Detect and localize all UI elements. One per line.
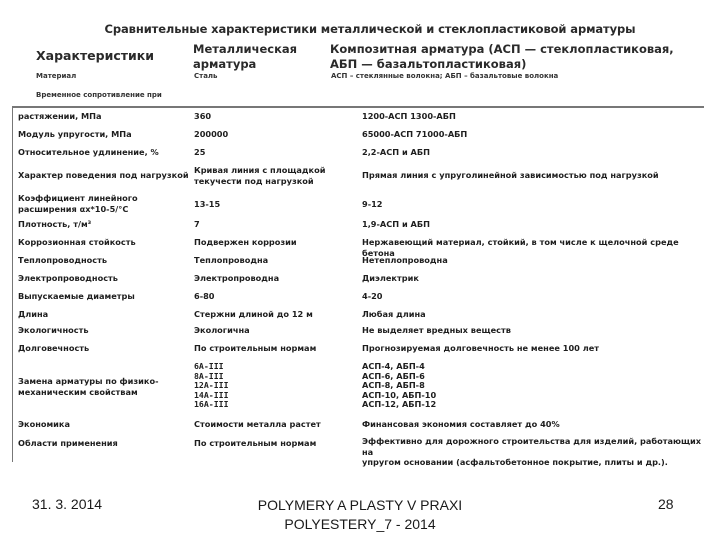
material-composite: АСП – стеклянные волокна; АБП – базальто… <box>331 72 558 80</box>
comparison-table-image: Сравнительные характеристики металлическ… <box>0 0 720 470</box>
footer-title-line2: POLYESTERY_7 - 2014 <box>210 515 510 534</box>
footer-date: 31. 3. 2014 <box>32 496 102 512</box>
footer-title-line1: POLYMERY A PLASTY V PRAXI <box>210 496 510 515</box>
header-composite-line1: Композитная арматура (АСП — стеклопласти… <box>330 42 674 57</box>
material-label: Материал <box>36 72 76 80</box>
header-metal-line2: арматура <box>193 57 297 72</box>
pre-row-label: Временное сопротивление при <box>36 91 162 99</box>
material-metal: Сталь <box>194 72 217 80</box>
header-composite-line2: АБП — базальтопластиковая) <box>330 57 674 72</box>
header-metal-line1: Металлическая <box>193 42 297 57</box>
footer-title: POLYMERY A PLASTY V PRAXI POLYESTERY_7 -… <box>210 496 510 534</box>
page-number: 28 <box>658 496 674 512</box>
table-title: Сравнительные характеристики металлическ… <box>0 22 720 36</box>
header-metal: Металлическая арматура <box>193 42 297 72</box>
header-composite: Композитная арматура (АСП — стеклопласти… <box>330 42 674 72</box>
header-characteristics: Характеристики <box>36 48 154 63</box>
